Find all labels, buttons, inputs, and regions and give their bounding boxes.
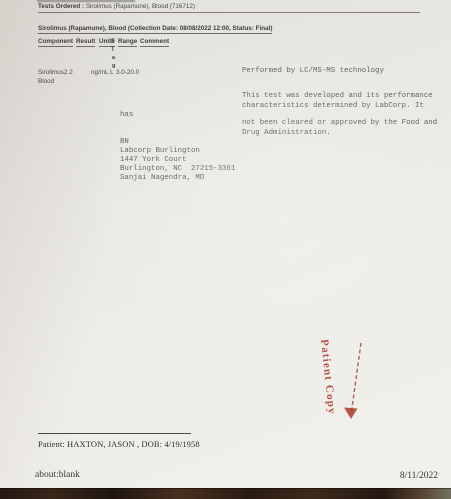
comment-performed-by: Performed by LC/MS-MS technology — [242, 67, 384, 77]
flag-letter-a: a — [112, 55, 115, 61]
wood-table-edge — [0, 488, 451, 499]
flag-letter-l: l — [112, 47, 114, 53]
header-divider — [38, 12, 420, 13]
tests-ordered-value: Sirolimus (Rapamune), Blood (716712) — [86, 3, 195, 10]
comment-disclaimer-3: not been cleared or approved by the Food… — [242, 119, 437, 129]
patient-info-line: Patient: HAXTON, JASON , DOB: 4/19/1958 — [38, 439, 200, 449]
result-value: 2.2 — [64, 69, 73, 76]
stamp-arrow-line — [340, 338, 366, 428]
tests-ordered-line: Tests Ordered : Sirolimus (Rapamune), Bl… — [38, 3, 195, 10]
footer-date: 8/11/2022 — [400, 471, 438, 481]
footer-url: about:blank — [35, 470, 80, 480]
section-heading: Sirolimus (Rapamune), Blood (Collection … — [38, 25, 272, 34]
column-header-result: Result — [76, 38, 95, 47]
result-range: 3.0-20.0 — [116, 69, 139, 76]
lab-director: Sanjai Nagendra, MD — [120, 174, 204, 184]
clipped-top-text — [37, 0, 135, 2]
comment-disclaimer-4: Drug Administration. — [242, 129, 331, 139]
column-header-flag: F — [111, 38, 115, 47]
result-flag: L — [110, 69, 114, 76]
patient-info-divider — [38, 433, 191, 434]
wrapped-word-has: has — [120, 111, 133, 121]
tests-ordered-label: Tests Ordered : — [38, 3, 84, 10]
comment-disclaimer-1: This test was developed and its performa… — [242, 92, 433, 102]
column-header-comment: Comment — [140, 38, 169, 47]
column-header-range: Range — [118, 38, 137, 47]
photo-background: Tests Ordered : Sirolimus (Rapamune), Bl… — [0, 0, 451, 499]
result-component-line2: Blood — [38, 78, 54, 85]
column-header-component: Component — [38, 38, 73, 47]
patient-copy-stamp: Patient Copy — [318, 335, 339, 420]
result-units: ng/mL — [91, 69, 109, 76]
paper-sheet: Tests Ordered : Sirolimus (Rapamune), Bl… — [0, 0, 451, 488]
comment-disclaimer-2: characteristics determined by LabCorp. I… — [242, 102, 424, 112]
result-component-line1: Sirolimus, — [38, 69, 66, 76]
